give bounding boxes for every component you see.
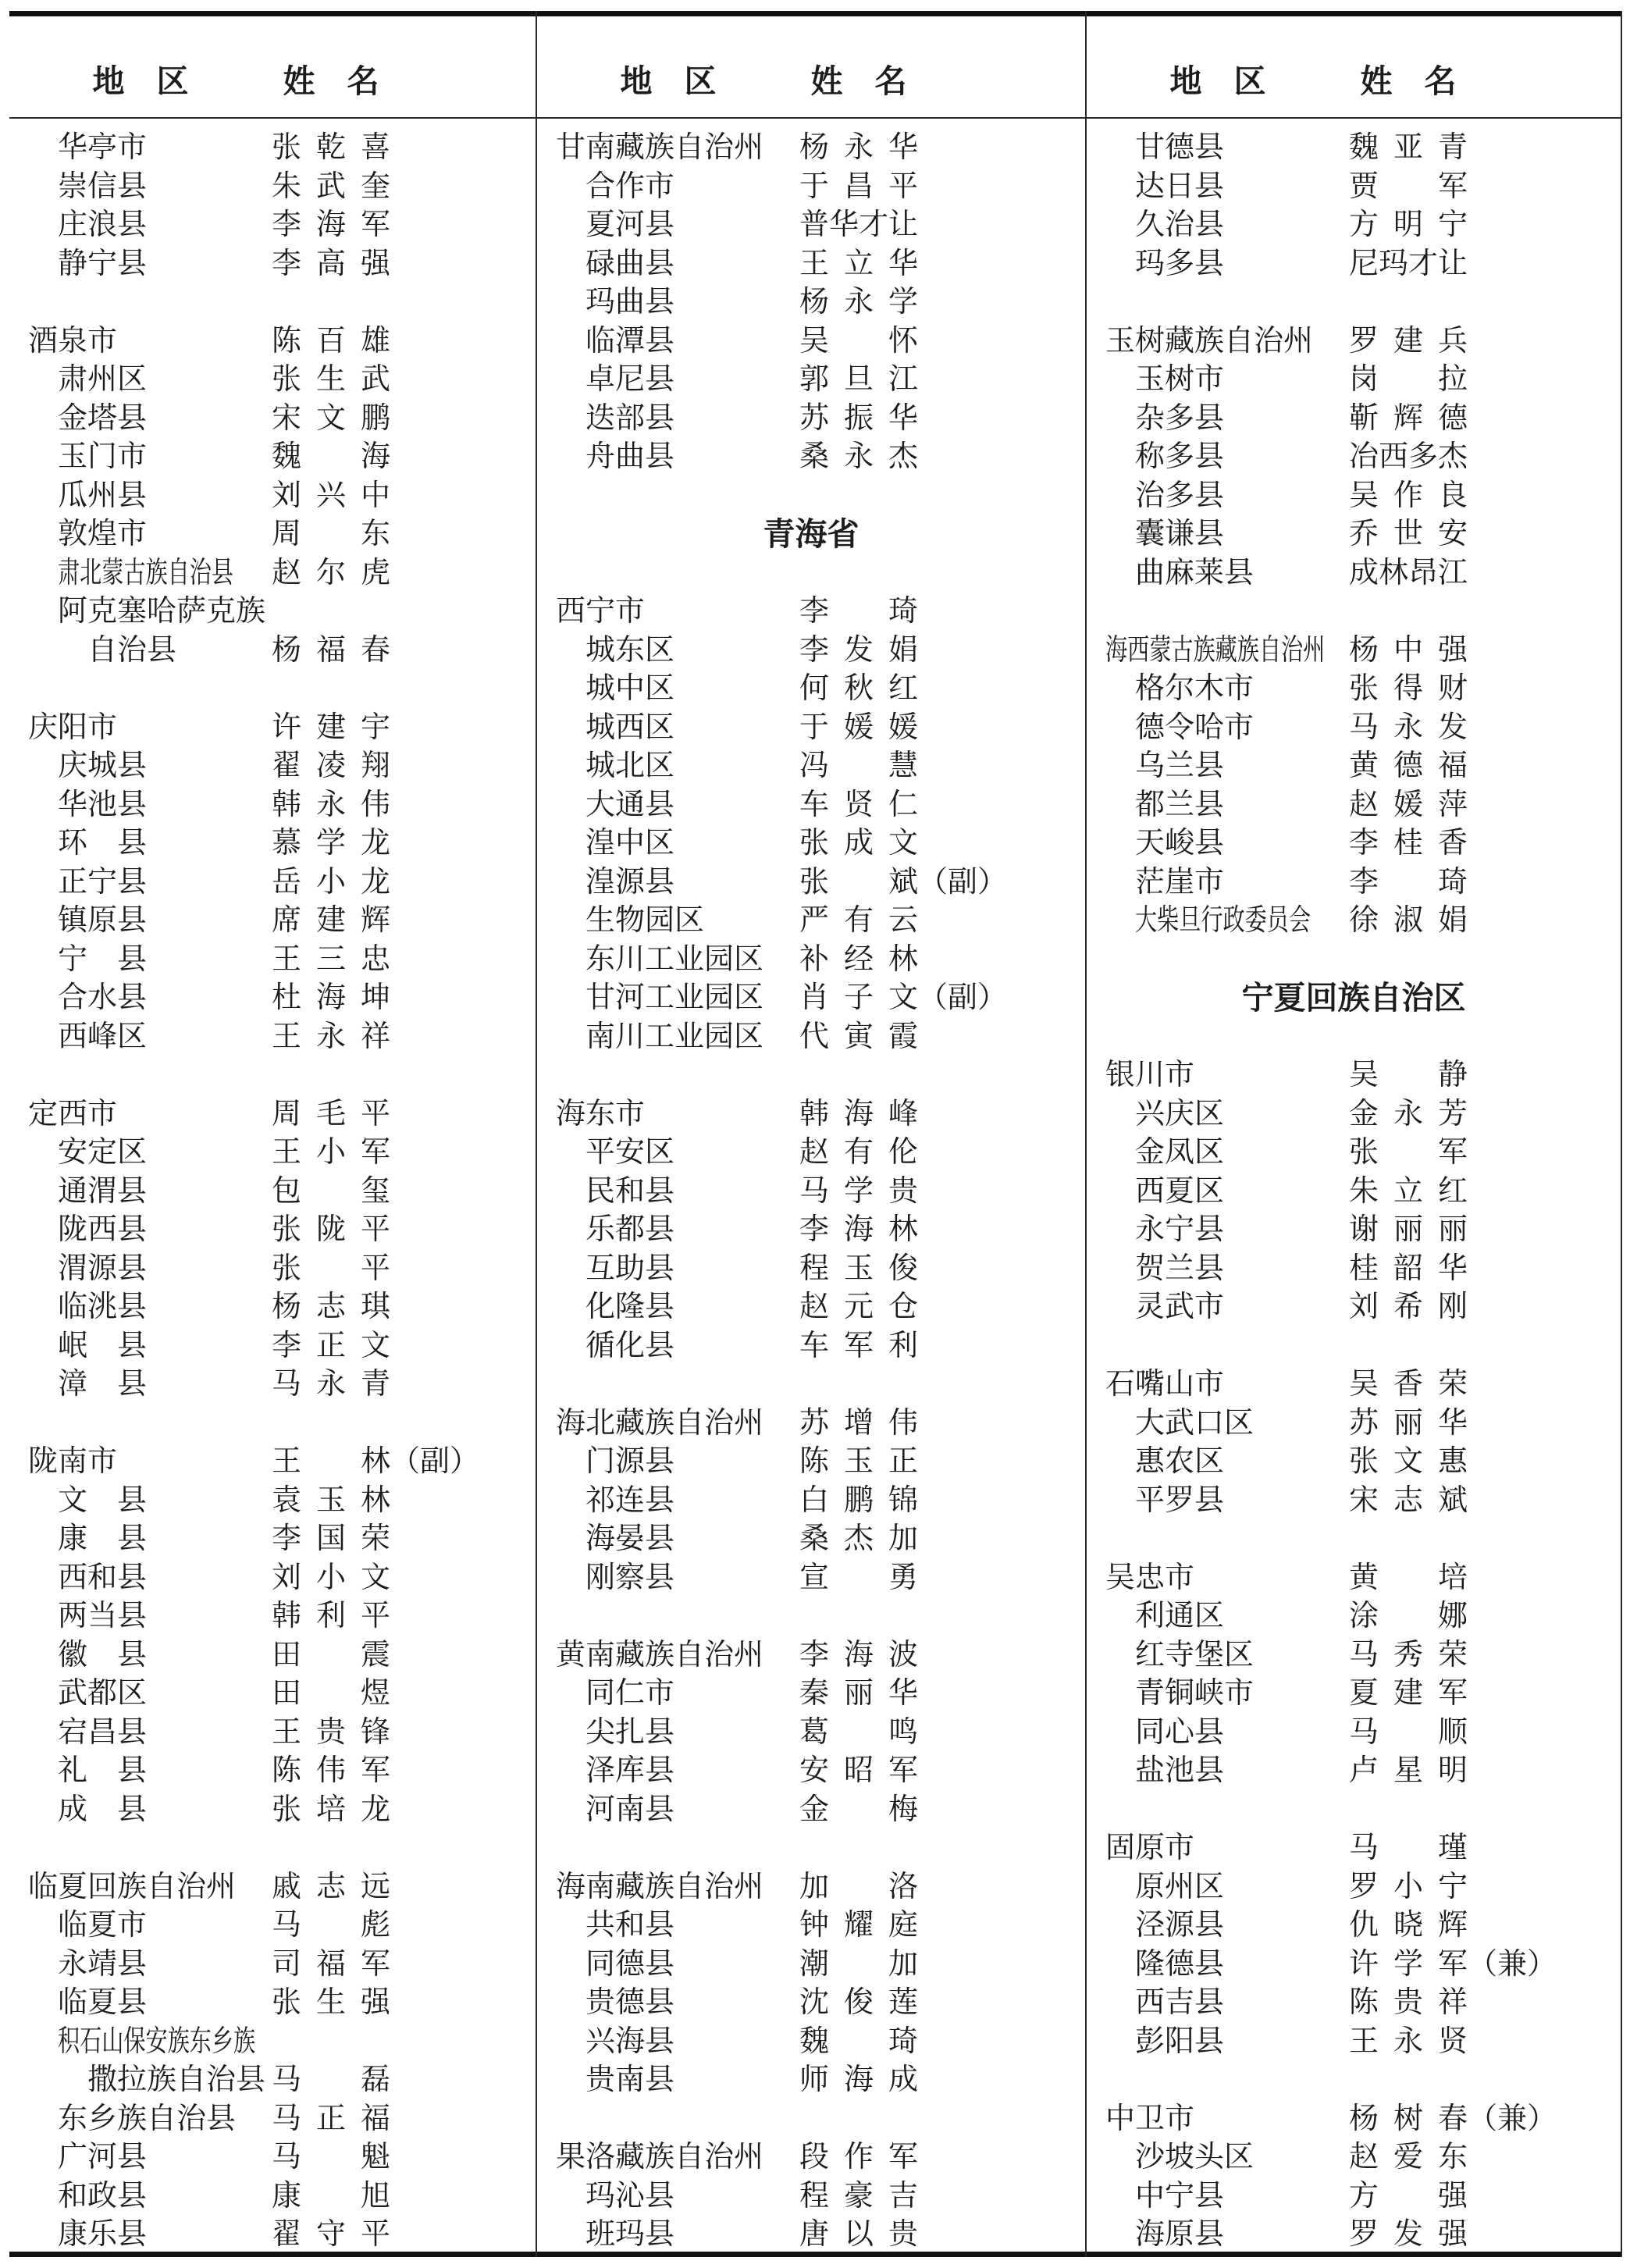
region-cell: 金凤区 xyxy=(1135,1134,1224,1173)
table-row: 玛多县尼玛才让 xyxy=(1087,245,1621,284)
table-row: 贺兰县桂韶华 xyxy=(1087,1250,1621,1289)
name-cell: 宋志斌 xyxy=(1349,1482,1468,1521)
region-cell: 永宁县 xyxy=(1135,1211,1224,1250)
table-row: 果洛藏族自治州段作军 xyxy=(537,2138,1085,2177)
region-cell: 临潭县 xyxy=(585,322,674,361)
name-cell: 吴怀 xyxy=(799,322,918,361)
name-cell: 张平 xyxy=(272,1250,390,1289)
region-cell: 吴忠市 xyxy=(1105,1559,1194,1598)
table-row: 银川市吴静 xyxy=(1087,1056,1621,1095)
region-cell: 循化县 xyxy=(585,1327,674,1366)
region-cell: 杂多县 xyxy=(1135,400,1224,439)
table-row: 生物园区严有云 xyxy=(537,902,1085,941)
region-cell: 银川市 xyxy=(1105,1056,1194,1095)
table-row: 兴庆区金永芳 xyxy=(1087,1095,1621,1134)
spacer-row xyxy=(9,1829,536,1868)
name-cell: 杨中强 xyxy=(1349,632,1468,671)
table-row: 东川工业园区补经林 xyxy=(537,941,1085,980)
table-row: 成 县张培龙 xyxy=(9,1791,536,1830)
table-row: 镇原县席建辉 xyxy=(9,902,536,941)
spacer-row xyxy=(1087,1520,1621,1559)
name-cell: 刘兴中 xyxy=(272,477,390,516)
table-row: 城中区何秋红 xyxy=(537,670,1085,709)
region-cell: 文 县 xyxy=(58,1482,147,1521)
region-cell: 格尔木市 xyxy=(1135,670,1254,709)
table-row: 互助县程玉俊 xyxy=(537,1250,1085,1289)
region-cell: 黄南藏族自治州 xyxy=(556,1636,763,1675)
table-row: 广河县马魁 xyxy=(9,2138,536,2177)
name-cell: 补经林 xyxy=(799,941,918,980)
region-cell: 安定区 xyxy=(58,1134,147,1173)
region-column-header: 地 区 xyxy=(1087,45,1349,117)
table-row: 玉门市魏海 xyxy=(9,438,536,477)
province-section-row: 青海省 xyxy=(537,515,1085,554)
region-cell: 达日县 xyxy=(1135,168,1224,207)
table-row: 文 县袁玉林 xyxy=(9,1482,536,1521)
region-cell: 陇南市 xyxy=(28,1443,117,1482)
name-cell: 马正福 xyxy=(272,2100,390,2139)
region-cell: 大武口区 xyxy=(1135,1405,1254,1444)
region-cell: 红寺堡区 xyxy=(1135,1636,1254,1675)
region-cell: 静宁县 xyxy=(58,245,147,284)
table-row: 沙坡头区赵爱东 xyxy=(1087,2138,1621,2177)
region-cell: 海晏县 xyxy=(585,1520,674,1559)
region-cell: 庆阳市 xyxy=(28,709,117,748)
name-cell: 张生强 xyxy=(272,1984,390,2023)
name-cell: 潮加 xyxy=(799,1946,918,1985)
table-row: 肃北蒙古族自治县赵尔虎 xyxy=(9,554,536,593)
document-page: 地 区 姓 名 华亭市张乾喜崇信县朱武奎庄浪县李海军静宁县李高强酒泉市陈百雄肃州… xyxy=(0,0,1630,2268)
name-cell: 冶西多杰 xyxy=(1349,438,1468,477)
region-cell: 华池县 xyxy=(58,786,147,825)
region-cell: 乌兰县 xyxy=(1135,747,1224,786)
column-1-header-row: 地 区 姓 名 xyxy=(9,45,536,117)
table-row: 卓尼县郭旦江 xyxy=(537,361,1085,400)
name-cell: 加洛 xyxy=(799,1868,918,1907)
spacer-row xyxy=(537,1365,1085,1405)
table-row: 久治县方明宁 xyxy=(1087,206,1621,245)
region-cell: 庄浪县 xyxy=(58,206,147,245)
region-cell: 尖扎县 xyxy=(585,1714,674,1753)
name-cell: 宣勇 xyxy=(799,1559,918,1598)
name-cell: 桑杰加 xyxy=(799,1520,918,1559)
name-cell: 慕学龙 xyxy=(272,824,390,863)
column-2-rows: 甘南藏族自治州杨永华合作市于昌平夏河县普华才让碌曲县王立华玛曲县杨永学临潭县吴怀… xyxy=(537,129,1085,2255)
name-cell: 黄德福 xyxy=(1349,747,1468,786)
name-cell: 赵有伦 xyxy=(799,1134,918,1173)
region-cell: 隆德县 xyxy=(1135,1946,1224,1985)
name-cell: 张陇平 xyxy=(272,1211,390,1250)
table-row: 大通县车贤仁 xyxy=(537,786,1085,825)
table-row: 岷 县李正文 xyxy=(9,1327,536,1366)
name-cell: 涂娜 xyxy=(1349,1597,1468,1636)
region-cell: 南川工业园区 xyxy=(585,1018,763,1057)
table-row: 石嘴山市吴香荣 xyxy=(1087,1365,1621,1405)
table-row: 共和县钟耀庭 xyxy=(537,1907,1085,1946)
name-cell: 徐淑娟 xyxy=(1349,902,1468,941)
region-cell: 兴庆区 xyxy=(1135,1095,1224,1134)
name-cell: 车军利 xyxy=(799,1327,918,1366)
region-cell: 大柴旦行政委员会 xyxy=(1135,902,1311,941)
region-cell: 玉门市 xyxy=(58,438,147,477)
table-row: 西和县刘小文 xyxy=(9,1559,536,1598)
table-row: 合水县杜海坤 xyxy=(9,979,536,1018)
table-row: 兴海县魏琦 xyxy=(537,2023,1085,2062)
spacer-row xyxy=(537,477,1085,516)
column-3-header-row: 地 区 姓 名 xyxy=(1087,45,1621,117)
table-row: 海东市韩海峰 xyxy=(537,1095,1085,1134)
region-cell: 同仁市 xyxy=(585,1675,674,1714)
name-cell: 程玉俊 xyxy=(799,1250,918,1289)
name-cell: 马永青 xyxy=(272,1365,390,1405)
name-cell: 岗拉 xyxy=(1349,361,1468,400)
name-cell: 王三忠 xyxy=(272,941,390,980)
table-row: 达日县贾军 xyxy=(1087,168,1621,207)
region-cell: 东川工业园区 xyxy=(585,941,763,980)
region-cell: 城中区 xyxy=(585,670,674,709)
province-section-header: 青海省 xyxy=(537,515,1085,554)
table-row: 海西蒙古族藏族自治州杨中强 xyxy=(1087,632,1621,671)
region-cell: 自治县 xyxy=(87,632,176,671)
name-cell: 刘小文 xyxy=(272,1559,390,1598)
name-cell: 马瑾 xyxy=(1349,1829,1468,1868)
spacer-row xyxy=(1087,283,1621,322)
name-cell: 王小军 xyxy=(272,1134,390,1173)
region-cell: 康 县 xyxy=(58,1520,147,1559)
region-cell: 中卫市 xyxy=(1105,2100,1194,2139)
spacer-row xyxy=(1087,2061,1621,2100)
region-cell: 敦煌市 xyxy=(58,515,147,554)
region-cell: 玉树市 xyxy=(1135,361,1224,400)
region-cell: 临夏县 xyxy=(58,1984,147,2023)
region-cell: 城西区 xyxy=(585,709,674,748)
name-cell: 周东 xyxy=(272,515,390,554)
table-row: 临潭县吴怀 xyxy=(537,322,1085,361)
name-suffix: （兼） xyxy=(1468,2100,1557,2139)
region-cell: 武都区 xyxy=(58,1675,147,1714)
region-cell: 渭源县 xyxy=(58,1250,147,1289)
region-cell: 共和县 xyxy=(585,1907,674,1946)
region-cell: 沙坡头区 xyxy=(1135,2138,1254,2177)
table-row: 曲麻莱县成林昂江 xyxy=(1087,554,1621,593)
table-row: 格尔木市张得财 xyxy=(1087,670,1621,709)
region-cell: 石嘴山市 xyxy=(1105,1365,1224,1405)
name-cell: 田震 xyxy=(272,1636,390,1675)
table-row: 同德县潮加 xyxy=(537,1946,1085,1985)
name-cell: 宋文鹏 xyxy=(272,400,390,439)
region-cell: 平安区 xyxy=(585,1134,674,1173)
region-cell: 惠农区 xyxy=(1135,1443,1224,1482)
table-row: 康乐县翟守平 xyxy=(9,2216,536,2255)
name-cell: 吴香荣 xyxy=(1349,1365,1468,1405)
table-row: 渭源县张平 xyxy=(9,1250,536,1289)
column-1: 地 区 姓 名 华亭市张乾喜崇信县朱武奎庄浪县李海军静宁县李高强酒泉市陈百雄肃州… xyxy=(9,0,536,2268)
table-row: 宕昌县王贵锋 xyxy=(9,1714,536,1753)
name-cell: 李国荣 xyxy=(272,1520,390,1559)
name-cell: 程豪吉 xyxy=(799,2177,918,2216)
region-cell: 环 县 xyxy=(58,824,147,863)
name-cell: 魏海 xyxy=(272,438,390,477)
name-cell: 翟凌翔 xyxy=(272,747,390,786)
table-row: 临夏县张生强 xyxy=(9,1984,536,2023)
name-cell: 陈伟军 xyxy=(272,1752,390,1791)
region-cell: 原州区 xyxy=(1135,1868,1224,1907)
table-row: 临夏市马彪 xyxy=(9,1907,536,1946)
table-row: 黄南藏族自治州李海波 xyxy=(537,1636,1085,1675)
table-row: 治多县吴作良 xyxy=(1087,477,1621,516)
table-row: 定西市周毛平 xyxy=(9,1095,536,1134)
region-cell: 永靖县 xyxy=(58,1946,147,1985)
name-cell: 方强 xyxy=(1349,2177,1468,2216)
region-cell: 久治县 xyxy=(1135,206,1224,245)
table-row: 西宁市李琦 xyxy=(537,593,1085,632)
region-cell: 徽 县 xyxy=(58,1636,147,1675)
name-cell: 张军 xyxy=(1349,1134,1468,1173)
table-right-border xyxy=(1621,11,1622,2257)
table-row: 宁 县王三忠 xyxy=(9,941,536,980)
name-cell: 王永祥 xyxy=(272,1018,390,1057)
table-row: 海北藏族自治州苏增伟 xyxy=(537,1405,1085,1444)
region-cell: 灵武市 xyxy=(1135,1288,1224,1327)
table-row: 甘河工业园区肖子文（副） xyxy=(537,979,1085,1018)
name-cell: 桑永杰 xyxy=(799,438,918,477)
name-cell: 张成文 xyxy=(799,824,918,863)
spacer-row xyxy=(1087,593,1621,632)
region-cell: 湟中区 xyxy=(585,824,674,863)
name-cell: 马秀荣 xyxy=(1349,1636,1468,1675)
name-cell: 戚志远 xyxy=(272,1868,390,1907)
table-row: 迭部县苏振华 xyxy=(537,400,1085,439)
table-row: 河南县金梅 xyxy=(537,1791,1085,1830)
name-cell: 罗小宁 xyxy=(1349,1868,1468,1907)
table-row: 积石山保安族东乡族 xyxy=(9,2023,536,2062)
region-cell: 西峰区 xyxy=(58,1018,147,1057)
region-cell: 玉树藏族自治州 xyxy=(1105,322,1313,361)
name-cell: 马顺 xyxy=(1349,1714,1468,1753)
region-cell: 金塔县 xyxy=(58,400,147,439)
region-cell: 中宁县 xyxy=(1135,2177,1224,2216)
table-row: 利通区涂娜 xyxy=(1087,1597,1621,1636)
region-cell: 城北区 xyxy=(585,747,674,786)
region-cell: 祁连县 xyxy=(585,1482,674,1521)
name-cell: 杨永学 xyxy=(799,283,918,322)
name-cell: 魏亚青 xyxy=(1349,129,1468,168)
name-cell: 田煜 xyxy=(272,1675,390,1714)
region-cell: 华亭市 xyxy=(58,129,147,168)
table-row: 陇西县张陇平 xyxy=(9,1211,536,1250)
region-cell: 阿克塞哈萨克族 xyxy=(58,593,265,632)
name-cell: 李海林 xyxy=(799,1211,918,1250)
region-cell: 民和县 xyxy=(585,1173,674,1212)
name-cell: 陈贵祥 xyxy=(1349,1984,1468,2023)
table-row: 通渭县包玺 xyxy=(9,1173,536,1212)
name-cell: 赵爱东 xyxy=(1349,2138,1468,2177)
name-cell: 包玺 xyxy=(272,1173,390,1212)
name-cell: 罗建兵 xyxy=(1349,322,1468,361)
table-row: 城东区李发娟 xyxy=(537,632,1085,671)
table-row: 称多县冶西多杰 xyxy=(1087,438,1621,477)
table-row: 玛曲县杨永学 xyxy=(537,283,1085,322)
name-cell: 杨福春 xyxy=(272,632,390,671)
region-cell: 积石山保安族东乡族 xyxy=(58,2023,255,2062)
region-cell: 卓尼县 xyxy=(585,361,674,400)
name-cell: 金永芳 xyxy=(1349,1095,1468,1134)
region-cell: 临夏市 xyxy=(58,1907,147,1946)
name-cell: 贾军 xyxy=(1349,168,1468,207)
region-cell: 肃北蒙古族自治县 xyxy=(58,554,233,593)
table-row: 平安区赵有伦 xyxy=(537,1134,1085,1173)
name-cell: 仇晓辉 xyxy=(1349,1907,1468,1946)
region-cell: 泾源县 xyxy=(1135,1907,1224,1946)
spacer-row xyxy=(537,554,1085,593)
name-cell: 赵元仓 xyxy=(799,1288,918,1327)
table-row: 民和县马学贵 xyxy=(537,1173,1085,1212)
region-cell: 岷 县 xyxy=(58,1327,147,1366)
region-cell: 河南县 xyxy=(585,1791,674,1830)
table-row: 尖扎县葛鸣 xyxy=(537,1714,1085,1753)
table-row: 徽 县田震 xyxy=(9,1636,536,1675)
region-cell: 瓜州县 xyxy=(58,477,147,516)
table-row: 乌兰县黄德福 xyxy=(1087,747,1621,786)
region-cell: 酒泉市 xyxy=(28,322,117,361)
name-cell: 刘希刚 xyxy=(1349,1288,1468,1327)
spacer-row xyxy=(9,670,536,709)
region-cell: 果洛藏族自治州 xyxy=(556,2138,763,2177)
name-cell: 于媛媛 xyxy=(799,709,918,748)
table-row: 两当县韩利平 xyxy=(9,1597,536,1636)
column-2: 地 区 姓 名 甘南藏族自治州杨永华合作市于昌平夏河县普华才让碌曲县王立华玛曲县… xyxy=(537,0,1085,2268)
name-cell: 翟守平 xyxy=(272,2216,390,2255)
name-suffix: （副） xyxy=(390,1443,479,1482)
table-row: 崇信县朱武奎 xyxy=(9,168,536,207)
table-row: 武都区田煜 xyxy=(9,1675,536,1714)
name-cell: 朱武奎 xyxy=(272,168,390,207)
table-row: 红寺堡区马秀荣 xyxy=(1087,1636,1621,1675)
table-row: 自治县杨福春 xyxy=(9,632,536,671)
region-cell: 西和县 xyxy=(58,1559,147,1598)
name-cell: 陈玉正 xyxy=(799,1443,918,1482)
name-cell: 陈百雄 xyxy=(272,322,390,361)
spacer-row xyxy=(9,283,536,322)
region-cell: 德令哈市 xyxy=(1135,709,1254,748)
region-cell: 西夏区 xyxy=(1135,1173,1224,1212)
region-cell: 贺兰县 xyxy=(1135,1250,1224,1289)
table-row: 贵德县沈俊莲 xyxy=(537,1984,1085,2023)
table-row: 天峻县李桂香 xyxy=(1087,824,1621,863)
name-cell: 许学军 xyxy=(1349,1946,1468,1985)
region-cell: 合作市 xyxy=(585,168,674,207)
table-row: 中宁县方强 xyxy=(1087,2177,1621,2216)
name-cell: 何秋红 xyxy=(799,670,918,709)
region-cell: 大通县 xyxy=(585,786,674,825)
region-cell: 城东区 xyxy=(585,632,674,671)
name-cell: 李琦 xyxy=(1349,863,1468,903)
table-row: 甘南藏族自治州杨永华 xyxy=(537,129,1085,168)
name-cell: 夏建军 xyxy=(1349,1675,1468,1714)
table-row: 刚察县宣勇 xyxy=(537,1559,1085,1598)
region-cell: 海原县 xyxy=(1135,2216,1224,2255)
name-cell: 葛鸣 xyxy=(799,1714,918,1753)
table-row: 正宁县岳小龙 xyxy=(9,863,536,903)
table-row: 灵武市刘希刚 xyxy=(1087,1288,1621,1327)
region-cell: 玛多县 xyxy=(1135,245,1224,284)
table-row: 合作市于昌平 xyxy=(537,168,1085,207)
name-cell: 王贵锋 xyxy=(272,1714,390,1753)
table-row: 平罗县宋志斌 xyxy=(1087,1482,1621,1521)
name-cell: 张乾喜 xyxy=(272,129,390,168)
region-cell: 通渭县 xyxy=(58,1173,147,1212)
region-cell: 礼 县 xyxy=(58,1752,147,1791)
table-row: 盐池县卢星明 xyxy=(1087,1752,1621,1791)
table-row: 彭阳县王永贤 xyxy=(1087,2023,1621,2062)
name-cell: 秦丽华 xyxy=(799,1675,918,1714)
table-row: 吴忠市黄培 xyxy=(1087,1559,1621,1598)
name-suffix: （兼） xyxy=(1468,1946,1557,1985)
name-cell: 肖子文 xyxy=(799,979,918,1018)
region-cell: 撒拉族自治县 xyxy=(87,2061,265,2100)
region-cell: 定西市 xyxy=(28,1095,117,1134)
province-section-row: 宁夏回族自治区 xyxy=(1087,979,1621,1018)
table-row: 漳 县马永青 xyxy=(9,1365,536,1405)
region-cell: 西吉县 xyxy=(1135,1984,1224,2023)
name-cell: 卢星明 xyxy=(1349,1752,1468,1791)
table-row: 夏河县普华才让 xyxy=(537,206,1085,245)
name-cell: 车贤仁 xyxy=(799,786,918,825)
region-cell: 盐池县 xyxy=(1135,1752,1224,1791)
name-cell: 方明宁 xyxy=(1349,206,1468,245)
region-cell: 同心县 xyxy=(1135,1714,1224,1753)
name-cell: 苏丽华 xyxy=(1349,1405,1468,1444)
region-cell: 海东市 xyxy=(556,1095,645,1134)
table-row: 固原市马瑾 xyxy=(1087,1829,1621,1868)
name-cell: 马学贵 xyxy=(799,1173,918,1212)
name-cell: 桂韶华 xyxy=(1349,1250,1468,1289)
table-row: 肃州区张生武 xyxy=(9,361,536,400)
name-cell: 严有云 xyxy=(799,902,918,941)
region-cell: 门源县 xyxy=(585,1443,674,1482)
name-cell: 王立华 xyxy=(799,245,918,284)
table-row: 陇南市王林（副） xyxy=(9,1443,536,1482)
name-cell: 钟耀庭 xyxy=(799,1907,918,1946)
table-row: 华池县韩永伟 xyxy=(9,786,536,825)
region-cell: 临夏回族自治州 xyxy=(28,1868,236,1907)
region-cell: 正宁县 xyxy=(58,863,147,903)
region-cell: 利通区 xyxy=(1135,1597,1224,1636)
region-cell: 陇西县 xyxy=(58,1211,147,1250)
table-row: 贵南县师海成 xyxy=(537,2061,1085,2100)
region-cell: 固原市 xyxy=(1105,1829,1194,1868)
spacer-row xyxy=(1087,941,1621,980)
name-cell: 张斌 xyxy=(799,863,918,903)
region-cell: 刚察县 xyxy=(585,1559,674,1598)
table-row: 隆德县许学军（兼） xyxy=(1087,1946,1621,1985)
table-row: 南川工业园区代寅霞 xyxy=(537,1018,1085,1057)
table-row: 华亭市张乾喜 xyxy=(9,129,536,168)
name-cell: 成林昂江 xyxy=(1349,554,1468,593)
table-row: 循化县车军利 xyxy=(537,1327,1085,1366)
region-cell: 玛曲县 xyxy=(585,283,674,322)
spacer-row xyxy=(537,2100,1085,2139)
name-cell: 许建宇 xyxy=(272,709,390,748)
name-cell: 苏增伟 xyxy=(799,1405,918,1444)
region-cell: 宁 县 xyxy=(58,941,147,980)
name-cell: 康旭 xyxy=(272,2177,390,2216)
region-cell: 舟曲县 xyxy=(585,438,674,477)
name-cell: 谢丽丽 xyxy=(1349,1211,1468,1250)
region-cell: 天峻县 xyxy=(1135,824,1224,863)
table-row: 都兰县赵媛萍 xyxy=(1087,786,1621,825)
name-cell: 黄培 xyxy=(1349,1559,1468,1598)
